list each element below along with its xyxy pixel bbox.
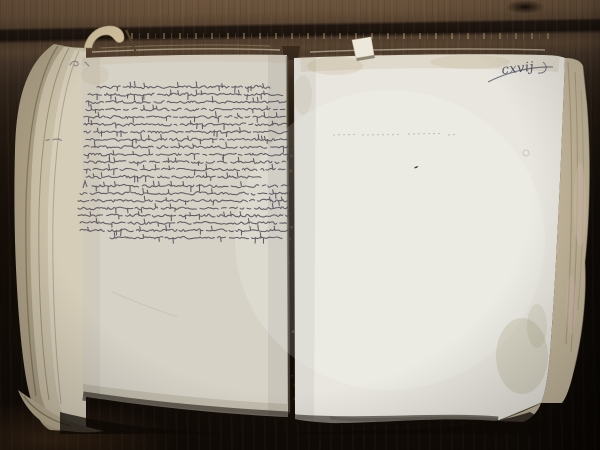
photo-canvas: cxvij [0,0,600,450]
manuscript-book-photo: cxvij [0,0,600,450]
page-edges-left [14,44,86,432]
